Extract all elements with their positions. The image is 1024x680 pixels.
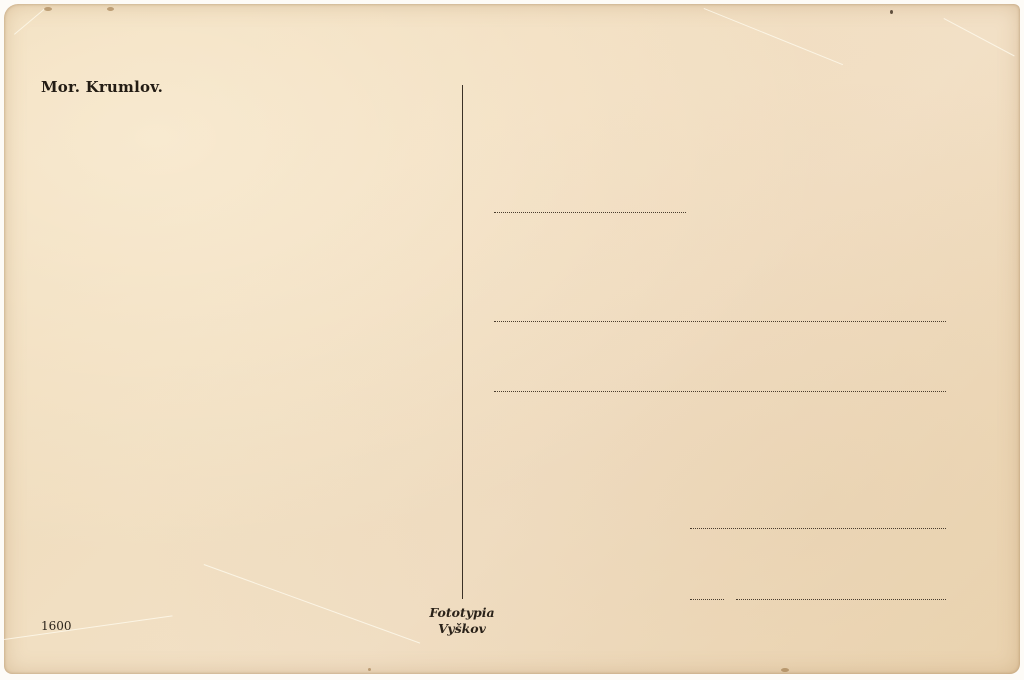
publisher-imprint: Fototypia Vyškov xyxy=(412,605,512,637)
publisher-line-2: Vyškov xyxy=(412,621,512,637)
postcard-back: Mor. Krumlov. Fototypia Vyškov 1600 xyxy=(4,4,1020,674)
paper-fleck xyxy=(44,7,52,11)
place-name-caption: Mor. Krumlov. xyxy=(41,78,163,96)
address-line-1 xyxy=(494,212,686,213)
publisher-line-1: Fototypia xyxy=(412,605,512,621)
address-line-5b xyxy=(736,599,946,600)
catalog-number: 1600 xyxy=(41,619,72,633)
paper-crease xyxy=(704,8,843,65)
message-address-divider xyxy=(462,85,463,599)
paper-fleck xyxy=(781,668,789,672)
address-line-2 xyxy=(494,321,946,322)
paper-crease xyxy=(14,8,45,34)
paper-fleck xyxy=(107,7,114,11)
paper-crease xyxy=(4,615,172,640)
address-line-3 xyxy=(494,391,946,392)
scanned-postcard: Mor. Krumlov. Fototypia Vyškov 1600 xyxy=(0,0,1024,680)
address-line-4 xyxy=(690,528,946,529)
paper-fleck xyxy=(890,10,893,14)
address-line-5a xyxy=(690,599,724,600)
paper-crease xyxy=(944,18,1015,56)
paper-crease xyxy=(204,564,420,644)
paper-fleck xyxy=(368,668,371,671)
